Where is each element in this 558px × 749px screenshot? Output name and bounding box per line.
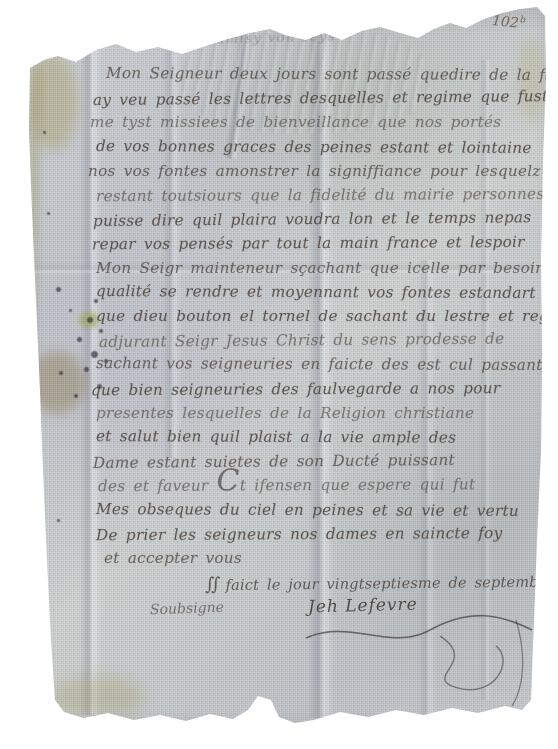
- text-line: que dieu bouton el tornel de sachant du …: [96, 304, 548, 328]
- stain: [28, 55, 78, 150]
- manuscript-photo: 102b Camisy von seys Mon Seigneur deux j…: [0, 0, 558, 749]
- text-line: repar vos pensés par tout la main france…: [92, 230, 548, 257]
- signature-flourish: [300, 600, 540, 710]
- stain: [50, 676, 145, 718]
- subscription: Soubsigne: [150, 600, 224, 619]
- text-line: qualité se rendre et moyennant vos fonte…: [96, 279, 548, 305]
- paper-sheet: 102b Camisy von seys Mon Seigneur deux j…: [0, 0, 558, 749]
- ink-blot: [59, 371, 63, 375]
- text-line: Mon Seigr mainteneur sçachant que icelle…: [96, 256, 548, 280]
- stain: [28, 352, 86, 414]
- header-inscription: Camisy von seys: [205, 27, 425, 47]
- signature: Jeh Lefevre: [308, 595, 418, 618]
- ink-blot: [84, 367, 89, 372]
- text-line: restant toutsiours que la fidelité du ma…: [96, 182, 548, 209]
- ink-blot: [47, 212, 50, 215]
- dateline-text: faict le jour vingtseptiesme de septembr…: [225, 574, 558, 594]
- text-line: Mes obseques du ciel en peines et sa vie…: [96, 497, 548, 523]
- text-line: des et faveur Ct ifensen que espere qui …: [98, 472, 548, 499]
- folio-digits: 102: [491, 13, 519, 32]
- text-line: de vos bonnes graces des peines estant e…: [96, 134, 548, 160]
- ink-blot: [43, 131, 46, 134]
- capital-initial: Ct ifensen que espere qui fut: [217, 473, 476, 499]
- ink-blot: [39, 450, 42, 453]
- line-pre: des et faveur: [98, 477, 217, 496]
- text-line: De prier les seigneurs nos dames en sain…: [96, 521, 548, 548]
- ink-blot: [69, 309, 72, 312]
- ink-blot: [57, 519, 60, 522]
- text-line: nos vos fontes amonstrer la signiffiance…: [88, 159, 548, 183]
- ink-blot: [56, 287, 61, 292]
- body-text: Mon Seigneur deux jours sont passé quedi…: [96, 62, 548, 570]
- text-line: adjurant Seigr Jesus Christ du sens prod…: [99, 326, 545, 354]
- text-line: et accepter vous: [104, 546, 548, 570]
- text-line: et salut bien quil plaist a la vie ample…: [96, 424, 548, 450]
- ink-blot: [77, 337, 82, 342]
- text-line: sachant vos seigneuries en faicte des es…: [96, 351, 548, 377]
- text-line: presentes lesquelles de la Religion chri…: [96, 401, 548, 425]
- text-line: ay veu passé les lettres desquelles et r…: [93, 84, 545, 112]
- folio-number: 102b: [491, 12, 526, 32]
- ink-blot: [74, 394, 78, 398]
- folio-suffix: b: [519, 15, 526, 26]
- text-line: Mon Seigneur deux jours sont passé quedi…: [106, 61, 548, 87]
- dateline: ∬faict le jour vingtseptiesme de septemb…: [205, 570, 558, 595]
- paraph-mark: ∬: [205, 574, 221, 595]
- ink-blot: [87, 317, 93, 323]
- stain: [14, 62, 43, 702]
- text-line: me tyst missiees de bienveillance que no…: [90, 110, 548, 134]
- text-line: que bien seigneuries des faulvegarde a n…: [91, 375, 548, 402]
